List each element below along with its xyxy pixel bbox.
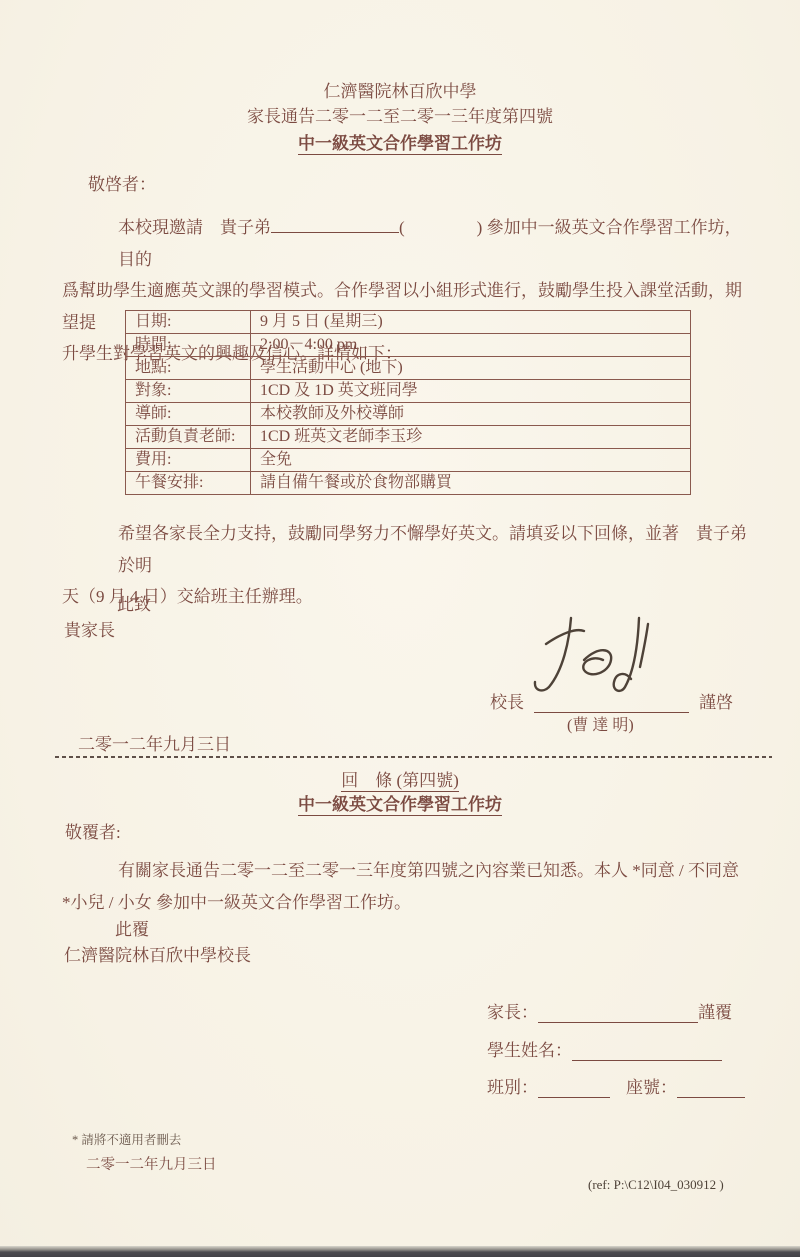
notice-number-line: 家長通告二零一二至二零一三年度第四號 <box>0 105 800 130</box>
class-seat-row: 班別： 座號： <box>487 1073 745 1098</box>
parent-sign-row: 家長： 謹覆 <box>487 998 732 1023</box>
seat-label: 座號： <box>626 1073 677 1098</box>
school-name: 仁濟醫院林百欣中學 <box>0 80 800 105</box>
table-label-cell: 費用: <box>126 449 251 472</box>
class-label: 班別： <box>487 1073 538 1098</box>
table-label-cell: 午餐安排: <box>126 472 251 495</box>
recipient-text: 貴家長 <box>64 616 115 641</box>
workshop-details-table: 日期:9 月 5 日 (星期三) 時間:2:00－4:00 pm 地點:學生活動… <box>125 310 691 495</box>
table-row: 費用:全免 <box>126 449 691 472</box>
file-reference: (ref: P:\C12\I04_030912 ) <box>588 1177 724 1193</box>
parent-signature-line <box>538 1004 698 1023</box>
reply-line-1: 有關家長通告二零一二至二零一三年度第四號之內容業已知悉。本人 *同意 / 不同意 <box>62 855 762 887</box>
cifu-text: 此覆 <box>115 915 149 940</box>
table-row: 日期:9 月 5 日 (星期三) <box>126 311 691 334</box>
respectfully-label: 謹啓 <box>699 688 733 713</box>
table-row: 導師:本校教師及外校導師 <box>126 403 691 426</box>
table-label-cell: 時間: <box>126 334 251 357</box>
table-value-cell: 1CD 班英文老師李玉珍 <box>251 426 691 449</box>
table-label-cell: 日期: <box>126 311 251 334</box>
reply-line-2: *小兒 / 小女 參加中一級英文合作學習工作坊。 <box>62 887 762 919</box>
scanned-notice-page: 仁濟醫院林百欣中學 家長通告二零一二至二零一三年度第四號 中一級英文合作學習工作… <box>0 0 800 1257</box>
invitation-line-1: 本校現邀請 貴子弟() 參加中一級英文合作學習工作坊，目的 <box>62 212 754 275</box>
principal-sign-row: 校長 謹啓 <box>490 688 733 713</box>
seat-line <box>677 1079 745 1098</box>
letter-date: 二零一二年九月三日 <box>78 730 231 755</box>
table-value-cell: 2:00－4:00 pm <box>251 334 691 357</box>
delete-inapplicable-note: * 請將不適用者刪去 <box>72 1130 181 1148</box>
notice-title: 中一級英文合作學習工作坊 <box>0 129 800 154</box>
table-row: 時間:2:00－4:00 pm <box>126 334 691 357</box>
invite-prefix: 本校現邀請 貴子弟 <box>118 218 271 237</box>
reply-slip-heading-text: 回 條 (第四號) <box>341 771 459 792</box>
student-name-row: 學生姓名： <box>487 1036 722 1061</box>
tear-off-separator <box>55 756 772 758</box>
principal-name: (曹 達 明) <box>567 712 634 735</box>
scan-edge-strip <box>0 1246 800 1257</box>
table-row: 活動負責老師:1CD 班英文老師李玉珍 <box>126 426 691 449</box>
table-value-cell: 全免 <box>251 449 691 472</box>
reply-slip-title-text: 中一級英文合作學習工作坊 <box>298 795 502 816</box>
parent-label: 家長： <box>487 998 538 1023</box>
principal-label: 校長 <box>490 688 524 713</box>
reply-slip-heading: 回 條 (第四號) <box>0 766 800 791</box>
class-number-blank <box>405 216 477 233</box>
reply-addressee: 仁濟醫院林百欣中學校長 <box>64 941 251 966</box>
reply-salutation: 敬覆者: <box>65 818 121 843</box>
closing-line-1: 希望各家長全力支持，鼓勵同學努力不懈學好英文。請填妥以下回條，並著 貴子弟於明 <box>62 518 754 581</box>
student-name-blank <box>271 216 399 233</box>
reply-paragraph: 有關家長通告二零一二至二零一三年度第四號之內容業已知悉。本人 *同意 / 不同意… <box>62 855 762 918</box>
table-label-cell: 地點: <box>126 357 251 380</box>
cizhi-text: 此致 <box>117 590 151 615</box>
table-label-cell: 活動負責老師: <box>126 426 251 449</box>
table-row: 對象:1CD 及 1D 英文班同學 <box>126 380 691 403</box>
reply-slip-date: 二零一二年九月三日 <box>86 1153 217 1174</box>
table-label-cell: 導師: <box>126 403 251 426</box>
table-value-cell: 學生活動中心 (地下) <box>251 357 691 380</box>
table-row: 午餐安排:請自備午餐或於食物部購買 <box>126 472 691 495</box>
table-label-cell: 對象: <box>126 380 251 403</box>
student-name-line <box>572 1042 722 1061</box>
table-value-cell: 本校教師及外校導師 <box>251 403 691 426</box>
table-value-cell: 1CD 及 1D 英文班同學 <box>251 380 691 403</box>
notice-title-text: 中一級英文合作學習工作坊 <box>298 134 502 155</box>
student-name-label: 學生姓名： <box>487 1036 572 1061</box>
table-value-cell: 請自備午餐或於食物部購買 <box>251 472 691 495</box>
reply-slip-title: 中一級英文合作學習工作坊 <box>0 790 800 815</box>
closing-paragraph: 希望各家長全力支持，鼓勵同學努力不懈學好英文。請填妥以下回條，並著 貴子弟於明 … <box>62 518 754 613</box>
table-row: 地點:學生活動中心 (地下) <box>126 357 691 380</box>
parent-respectfully-label: 謹覆 <box>698 998 732 1023</box>
class-line <box>538 1079 610 1098</box>
principal-signature-line <box>534 694 689 713</box>
table-value-cell: 9 月 5 日 (星期三) <box>251 311 691 334</box>
salutation: 敬啓者： <box>88 170 156 195</box>
